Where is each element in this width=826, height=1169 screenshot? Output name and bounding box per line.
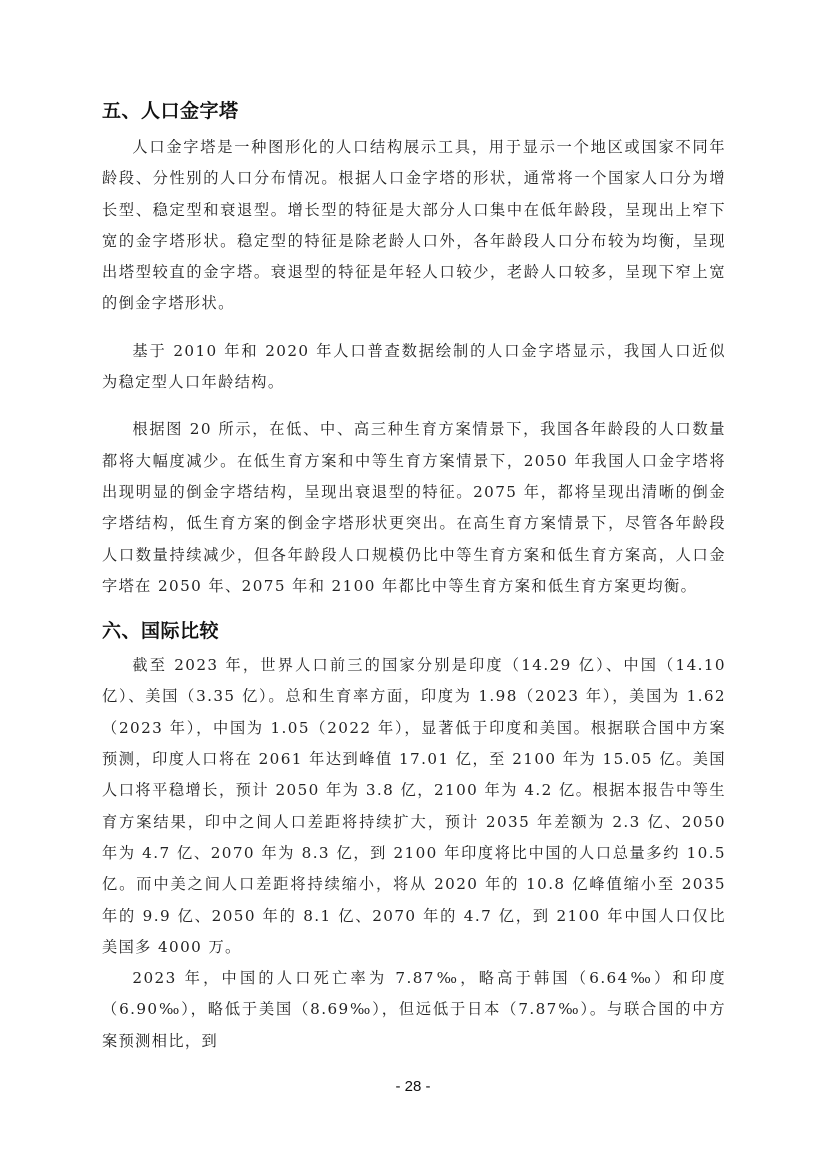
section-heading-population-pyramid: 五、人口金字塔: [102, 96, 726, 126]
document-page-body: 五、人口金字塔 人口金字塔是一种图形化的人口结构展示工具，用于显示一个地区或国家…: [102, 96, 726, 1057]
paragraph-fertility-scenarios: 根据图 20 所示，在低、中、高三种生育方案情景下，我国各年龄段的人口数量都将大…: [102, 414, 726, 602]
paragraph-country-population-comparison: 截至 2023 年，世界人口前三的国家分别是印度（14.29 亿）、中国（14.…: [102, 650, 726, 963]
section-heading-international-comparison: 六、国际比较: [102, 616, 726, 646]
paragraph-mortality-comparison: 2023 年，中国的人口死亡率为 7.87‰，略高于韩国（6.64‰）和印度（6…: [102, 963, 726, 1057]
paragraph-pyramid-definition: 人口金字塔是一种图形化的人口结构展示工具，用于显示一个地区或国家不同年龄段、分性…: [102, 132, 726, 320]
page-number: - 28 -: [0, 1078, 826, 1095]
paragraph-census-pyramid: 基于 2010 年和 2020 年人口普查数据绘制的人口金字塔显示，我国人口近似…: [102, 336, 726, 399]
